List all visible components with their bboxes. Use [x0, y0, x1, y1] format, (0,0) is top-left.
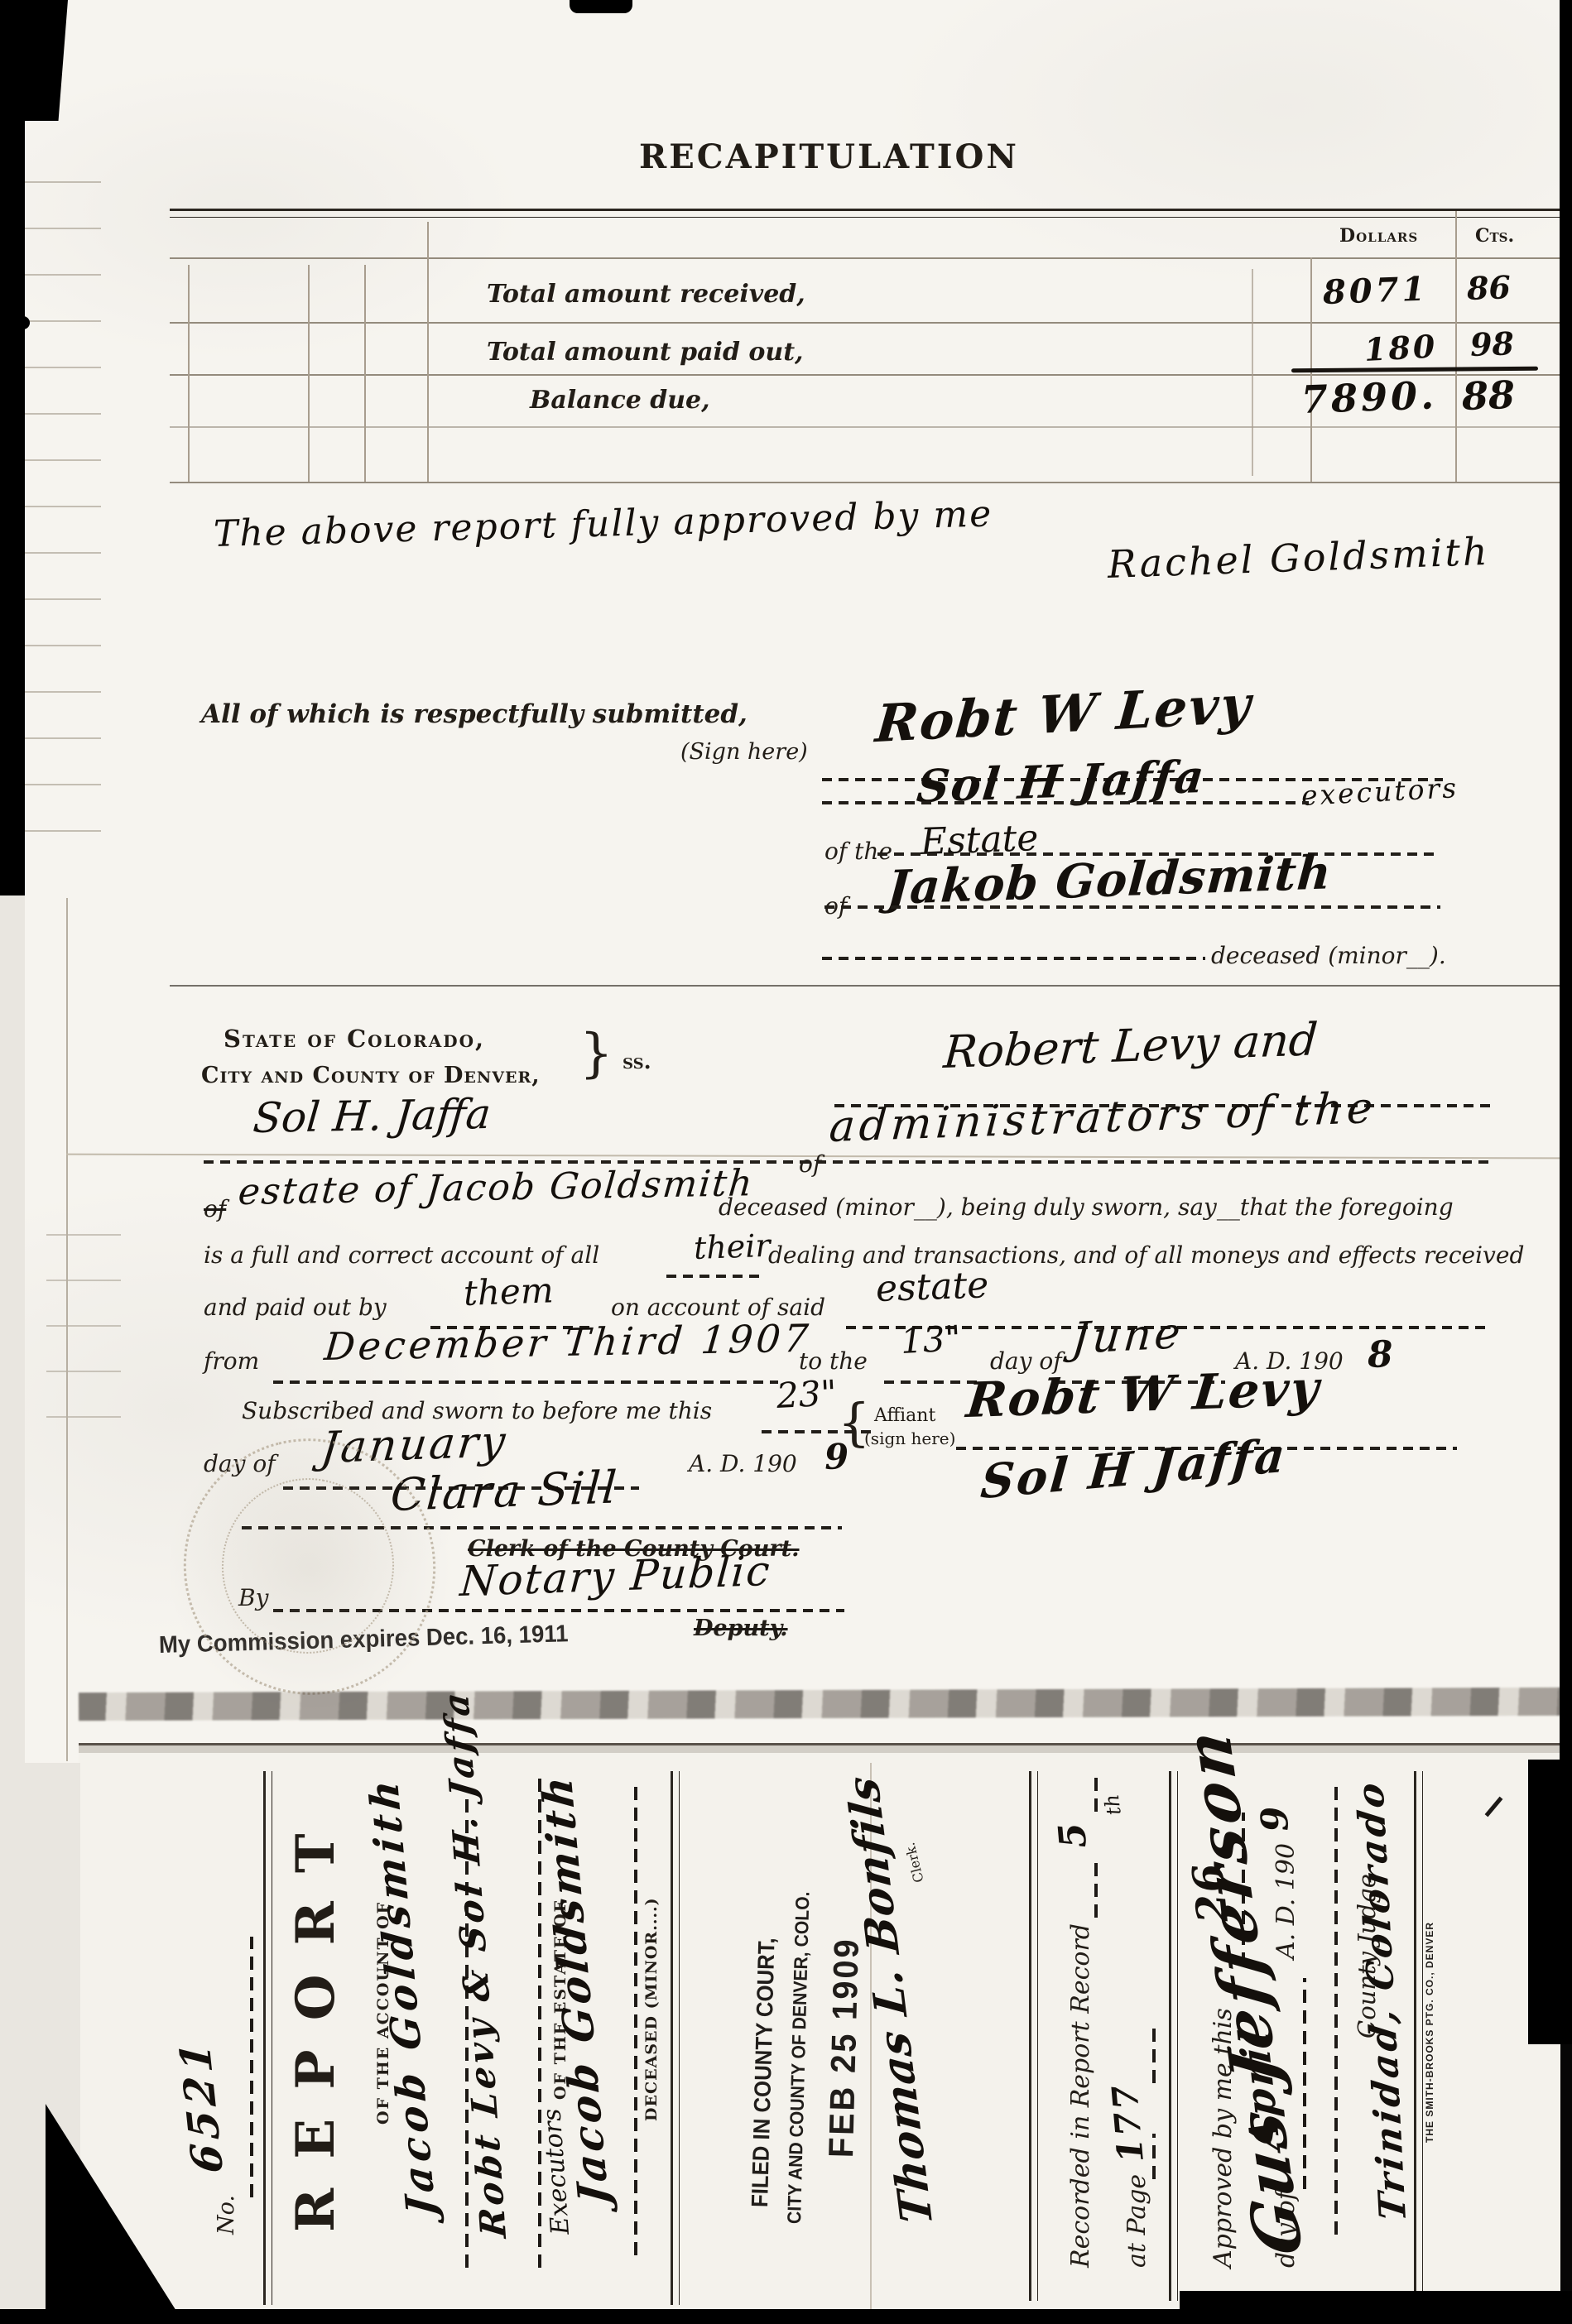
- scanner-margin-left: [0, 896, 25, 1765]
- docket-double-rule: [263, 1771, 272, 2305]
- docket-recorded-label: Recorded in Report Record: [1066, 1923, 1095, 2268]
- form-line: [273, 1380, 778, 1384]
- city-county-denver: City and County of Denver,: [201, 1063, 541, 1088]
- affiant-name-2-handwriting: Sol H. Jaffa: [251, 1090, 493, 1142]
- table-rule: [170, 322, 1560, 324]
- docket-double-rule: [1414, 1771, 1423, 2301]
- amount-balance-cts: 88: [1461, 372, 1516, 419]
- ss-brace: }: [579, 1023, 613, 1084]
- row-label-paid-out: Total amount paid out,: [487, 338, 804, 367]
- docket-double-rule: [1029, 1771, 1038, 2301]
- docket-double-rule: [671, 1771, 680, 2305]
- jurat-day-handwriting: 23": [776, 1372, 838, 1416]
- of-printed-1: of: [799, 1150, 821, 1178]
- form-line: [204, 1160, 1490, 1164]
- them-handwriting: them: [463, 1270, 554, 1313]
- their-handwriting: their: [693, 1227, 771, 1266]
- scan-edge-right-block: [1528, 1760, 1572, 2044]
- ledger-column-rule: [364, 265, 366, 482]
- docket-margin-mark: th: [1100, 1793, 1126, 1817]
- month-handwriting: June: [1070, 1308, 1185, 1364]
- paid-out-by-label: and paid out by: [204, 1294, 387, 1321]
- amount-received-cts: 86: [1466, 268, 1511, 307]
- submission-intro: All of which is respectfully submitted,: [201, 699, 748, 729]
- column-header-cts: Cts.: [1475, 225, 1514, 247]
- table-rule: [170, 426, 1560, 428]
- docket-year-digit: 9: [1253, 1805, 1297, 1833]
- docket-line: [1152, 2134, 1156, 2179]
- docket-clerk-label: Clerk.: [901, 1841, 926, 1884]
- column-header-dollars: Dollars: [1339, 225, 1418, 247]
- year-digit-handwriting: 8: [1367, 1333, 1393, 1376]
- row-label-received: Total amount received,: [487, 280, 805, 309]
- docket-no-line: [250, 1937, 253, 2197]
- docket-line: [1334, 1784, 1338, 2235]
- docket-line: [1094, 1858, 1098, 1918]
- docket-judge-signature: Gus Jefferson: [1169, 1724, 1318, 2258]
- docket-at-page-label: at Page: [1123, 2174, 1151, 2268]
- docket-rotated-content: No. 6521 REPORT OF THE ACCOUNT OF Jacob …: [91, 1763, 1548, 2313]
- jurat-year-handwriting: 9: [824, 1436, 849, 1477]
- docket-record-number: 5: [1050, 1821, 1094, 1850]
- ledger-lines-top-left: [25, 137, 101, 840]
- page-left-edge-line: [66, 898, 68, 1761]
- filed-stamp-line-1: FILED IN COUNTY COURT,: [747, 1937, 781, 2208]
- table-rule: [170, 257, 1560, 259]
- printer-credit: THE SMITH-BROOKS PTG. CO., DENVER: [1424, 1922, 1435, 2143]
- ss-label: ss.: [623, 1049, 651, 1074]
- corner-crease-tick: [1485, 1797, 1503, 1817]
- docket-case-number: 6521: [170, 2037, 233, 2174]
- affiant-sign-here-label: (sign here): [864, 1428, 955, 1448]
- scan-artifact-top-blob: [570, 0, 632, 13]
- from-label: from: [204, 1347, 259, 1375]
- scanned-court-document: RECAPITULATION Dollars Cts. Total amount…: [0, 0, 1572, 2324]
- estate-handwriting: estate: [875, 1264, 989, 1310]
- ledger-column-rule: [308, 265, 310, 482]
- row-label-balance: Balance due,: [530, 386, 710, 415]
- scan-edge-left-strip: [0, 0, 25, 896]
- ledger-column-rule: [427, 222, 429, 482]
- deputy-label-struck: Deputy.: [694, 1616, 788, 1641]
- amount-balance-dollars: 7890.: [1300, 372, 1438, 422]
- crumple-band: [79, 1688, 1560, 1721]
- table-rule: [170, 482, 1560, 483]
- signature-line: [824, 905, 1440, 909]
- scan-edge-right-strip: [1560, 0, 1572, 1767]
- deceased-minor-label: deceased (minor__).: [1211, 942, 1446, 969]
- docket-line: [1094, 1772, 1098, 1812]
- amount-paid-cts: 98: [1469, 324, 1514, 363]
- jurat-ad-label: A. D. 190: [689, 1450, 797, 1477]
- amount-column-rule: [1252, 269, 1253, 476]
- notary-seal-smudge: [166, 1424, 455, 1713]
- title-double-rule: [170, 209, 1560, 218]
- docket-deceased: DECEASED (MINOR....): [642, 1897, 661, 2121]
- docket-double-rule: [1169, 1771, 1178, 2301]
- ledger-column-rule: [188, 265, 190, 482]
- day-number-handwriting: 13": [900, 1318, 962, 1361]
- docket-title: REPORT: [285, 1804, 347, 2232]
- of-the-label: of the: [824, 838, 892, 865]
- amount-received-dollars: 8071: [1322, 270, 1429, 312]
- docket-page-number: 177: [1104, 2082, 1151, 2165]
- signature-line: [822, 957, 1205, 960]
- of-printed-2-struck: of: [204, 1195, 226, 1222]
- docket-name-1-handwriting: Jacob Goldsmith: [360, 1774, 445, 2217]
- account-line-1: is a full and correct account of all: [204, 1241, 599, 1269]
- cts-column-rule: [1455, 211, 1457, 482]
- account-line-2: dealing and transactions, and of all mon…: [768, 1241, 1524, 1269]
- docket-name-2-handwriting: Robt Levy & Sol H. Jaffa: [435, 1688, 515, 2239]
- docket-no-label: No.: [214, 2195, 239, 2235]
- scan-artifact-dot: [17, 316, 30, 329]
- scan-edge-bottom-right: [1180, 2291, 1572, 2324]
- form-line: [666, 1275, 766, 1278]
- filed-stamp-line-2: CITY AND COUNTY OF DENVER, COLO.: [783, 1891, 815, 2224]
- docket-section: No. 6521 REPORT OF THE ACCOUNT OF Jacob …: [91, 1763, 1548, 2313]
- cover-fold-shadow: [79, 1745, 1560, 1753]
- sworn-line: deceased (minor__), being duly sworn, sa…: [719, 1193, 1454, 1221]
- page-title: RECAPITULATION: [639, 137, 1019, 176]
- from-date-handwriting: December Third 1907: [323, 1316, 814, 1369]
- filed-stamp-date: FEB 25 1909: [821, 1937, 867, 2158]
- docket-line: [1152, 2021, 1156, 2083]
- sign-here-label: (Sign here): [680, 739, 808, 765]
- to-the-label: to the: [799, 1347, 868, 1375]
- ledger-lines-mid-left: [46, 1190, 121, 1428]
- docket-ad-label: A. D. 190: [1272, 1843, 1300, 1959]
- amount-paid-dollars: 180: [1363, 327, 1439, 368]
- docket-line: [634, 1784, 637, 2255]
- submission-crease-line: [170, 985, 1560, 987]
- signature-line: [822, 801, 1309, 804]
- affiant-label: Affiant: [874, 1405, 935, 1426]
- state-of-colorado: State of Colorado,: [224, 1025, 485, 1053]
